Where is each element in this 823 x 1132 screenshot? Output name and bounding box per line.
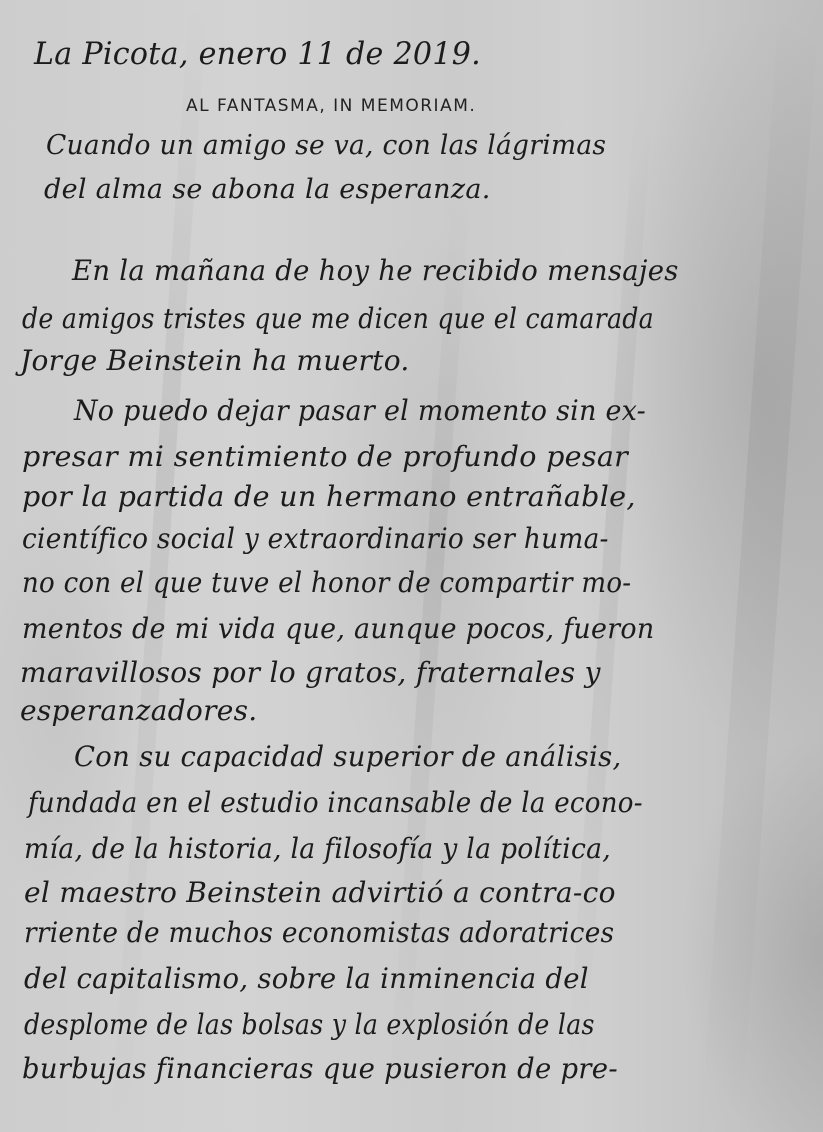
body-line: esperanzadores. xyxy=(20,694,258,727)
body-line: el maestro Beinstein advirtió a contra-c… xyxy=(24,876,616,909)
body-line: mentos de mi vida que, aunque pocos, fue… xyxy=(22,612,654,645)
body-line: Con su capacidad superior de análisis, xyxy=(74,740,622,773)
place-date: La Picota, enero 11 de 2019. xyxy=(34,36,481,72)
body-line: fundada en el estudio incansable de la e… xyxy=(28,786,643,819)
body-line: científico social y extraordinario ser h… xyxy=(22,522,609,555)
body-line: desplome de las bolsas y la explosión de… xyxy=(24,1008,595,1041)
letter-heading: AL FANTASMA, IN MEMORIAM. xyxy=(186,96,476,116)
body-line: de amigos tristes que me dicen que el ca… xyxy=(22,302,654,335)
epigraph-line: del alma se abona la esperanza. xyxy=(44,174,491,205)
body-line: presar mi sentimiento de profundo pesar xyxy=(22,440,628,473)
body-line: Jorge Beinstein ha muerto. xyxy=(20,344,410,377)
body-line: por la partida de un hermano entrañable, xyxy=(22,480,636,513)
body-line: no con el que tuve el honor de compartir… xyxy=(22,566,631,599)
body-line: mía, de la historia, la filosofía y la p… xyxy=(24,832,611,865)
epigraph-line: Cuando un amigo se va, con las lágrimas xyxy=(46,130,606,161)
body-line: del capitalismo, sobre la inminencia del xyxy=(24,962,589,995)
body-line: rriente de muchos economistas adoratrice… xyxy=(24,916,614,949)
body-line: maravillosos por lo gratos, fraternales … xyxy=(20,656,601,689)
body-line: burbujas financieras que pusieron de pre… xyxy=(22,1052,618,1085)
body-line: En la mañana de hoy he recibido mensajes xyxy=(72,254,679,287)
paper-stain xyxy=(565,101,653,1100)
paper-stain xyxy=(701,0,820,1132)
body-line: No puedo dejar pasar el momento sin ex- xyxy=(74,394,646,427)
